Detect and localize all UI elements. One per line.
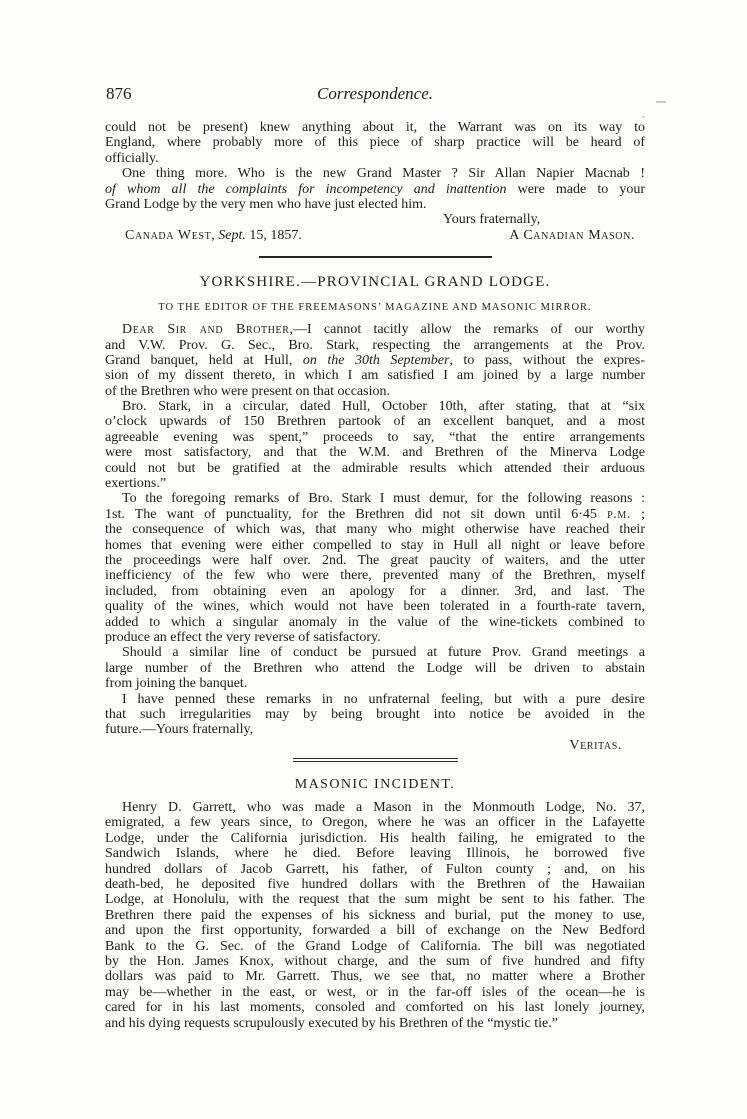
text-line: England, where probably more of this pie… bbox=[105, 135, 645, 150]
text-segment: Dear Sir and Brother bbox=[122, 322, 290, 337]
text-segment: hundred dollars of Jacob Garrett, his fa… bbox=[105, 862, 645, 877]
text-line: Dear Sir and Brother,—I cannot tacitly a… bbox=[105, 322, 645, 337]
text-line: emigrated, a few years since, to Oregon,… bbox=[105, 815, 645, 830]
text-segment: sion of my dissent thereto, in which I a… bbox=[105, 368, 645, 383]
text-line: I have penned these remarks in no unfrat… bbox=[105, 692, 645, 707]
signature: A Canadian Mason. bbox=[509, 228, 645, 243]
text-line: Lodge, under the California jurisdiction… bbox=[105, 831, 645, 846]
running-title: Correspondence. bbox=[105, 85, 645, 103]
text-line: Grand Lodge by the very men who have jus… bbox=[105, 197, 645, 212]
text-line: officially. bbox=[105, 151, 645, 166]
text-line: exertions.” bbox=[105, 476, 645, 491]
section-heading: MASONIC INCIDENT. bbox=[105, 777, 645, 793]
text-segment: Lodge, at Honolulu, with the request tha… bbox=[105, 892, 645, 907]
text-segment: Canada West bbox=[125, 228, 211, 243]
text-segment: from joining the banquet. bbox=[105, 676, 247, 691]
valediction: Yours fraternally, bbox=[105, 212, 645, 227]
text-line: included, from obtaining even an apology… bbox=[105, 584, 645, 599]
text-segment: could not but be gratified at the admira… bbox=[105, 461, 645, 476]
text-line: 1st. The want of punctuality, for the Br… bbox=[105, 507, 645, 522]
text-segment: large number of the Brethren who attend … bbox=[105, 661, 645, 676]
scan-artifact bbox=[656, 101, 666, 103]
text-line: cared for in his last moments, consoled … bbox=[105, 1000, 645, 1015]
text-line: of whom all the complaints for incompete… bbox=[105, 182, 645, 197]
text-line: Brethren there paid the expenses of his … bbox=[105, 908, 645, 923]
text-segment: were made to your bbox=[507, 182, 646, 197]
text-segment: quality of the wines, which would not ha… bbox=[105, 599, 645, 614]
text-line: by the Hon. James Knox, without charge, … bbox=[105, 954, 645, 969]
text-line: could not be present) knew anything abou… bbox=[105, 120, 645, 135]
text-line: could not but be gratified at the admira… bbox=[105, 461, 645, 476]
text-line: agreeable evening was spent,” proceeds t… bbox=[105, 430, 645, 445]
text-line: Grand banquet, held at Hull, on the 30th… bbox=[105, 353, 645, 368]
text-segment: Henry D. Garrett, who was made a Mason i… bbox=[122, 800, 645, 815]
text-segment: future.—Yours fraternally, bbox=[105, 722, 253, 737]
text-line: o’clock upwards of 150 Brethren partook … bbox=[105, 414, 645, 429]
text-segment: Sept. bbox=[218, 228, 246, 243]
text-line: the consequence of which was, that many … bbox=[105, 522, 645, 537]
text-line: added to which a singular anomaly in the… bbox=[105, 615, 645, 630]
text-segment: agreeable evening was spent,” proceeds t… bbox=[105, 430, 645, 445]
text-segment: may be—whether in the east, or west, or … bbox=[105, 985, 645, 1000]
text-segment: officially. bbox=[105, 151, 159, 166]
text-line: hundred dollars of Jacob Garrett, his fa… bbox=[105, 862, 645, 877]
text-segment: p.m. bbox=[607, 507, 631, 522]
text-segment: Bank to the G. Sec. of the Grand Lodge o… bbox=[105, 939, 645, 954]
dateline: Canada West, Sept. 15, 1857. bbox=[105, 228, 302, 243]
text-line: that such irregularities may by being br… bbox=[105, 707, 645, 722]
text-segment: Bro. Stark, in a circular, dated Hull, O… bbox=[122, 399, 645, 414]
text-line: sion of my dissent thereto, in which I a… bbox=[105, 368, 645, 383]
text-segment: emigrated, a few years since, to Oregon,… bbox=[105, 815, 645, 830]
text-segment: of whom all the complaints for incompete… bbox=[105, 182, 507, 197]
text-segment: To the foregoing remarks of Bro. Stark I… bbox=[122, 491, 645, 506]
text-line: the proceedings were half over. 2nd. The… bbox=[105, 553, 645, 568]
text-line: inefficiency of the few who were there, … bbox=[105, 568, 645, 583]
text-line: were most satisfactory, and that the W.M… bbox=[105, 445, 645, 460]
text-segment: cared for in his last moments, consoled … bbox=[105, 1000, 645, 1015]
text-segment: could not be present) knew anything abou… bbox=[105, 120, 645, 135]
article-masonic-incident: MASONIC INCIDENT. Henry D. Garrett, who … bbox=[105, 777, 645, 1031]
text-segment: and upon the first opportunity, forwarde… bbox=[105, 923, 645, 938]
text-segment: Brethren there paid the expenses of his … bbox=[105, 908, 645, 923]
text-segment: One thing more. Who is the new Grand Mas… bbox=[122, 166, 645, 181]
text-segment: homes that evening were either compelled… bbox=[105, 538, 645, 553]
text-segment: were most satisfactory, and that the W.M… bbox=[105, 445, 645, 460]
text-segment: and V.W. Prov. G. Sec., Bro. Stark, resp… bbox=[105, 338, 645, 353]
text-line: dollars was paid to Mr. Garrett. Thus, w… bbox=[105, 969, 645, 984]
text-segment: added to which a singular anomaly in the… bbox=[105, 615, 645, 630]
text-segment: ,—I cannot tacitly allow the remarks of … bbox=[290, 322, 645, 337]
text-line: One thing more. Who is the new Grand Mas… bbox=[105, 166, 645, 181]
article-body: Henry D. Garrett, who was made a Mason i… bbox=[105, 800, 645, 1031]
text-segment: Sandwich Islands, where he died. Before … bbox=[105, 846, 645, 861]
section-divider bbox=[259, 256, 492, 258]
letter-body: Dear Sir and Brother,—I cannot tacitly a… bbox=[105, 322, 645, 738]
text-segment: Grand Lodge by the very men who have jus… bbox=[105, 197, 427, 212]
text-segment: I have penned these remarks in no unfrat… bbox=[122, 692, 645, 707]
text-segment: of the Brethren who were present on that… bbox=[105, 384, 390, 399]
text-line: quality of the wines, which would not ha… bbox=[105, 599, 645, 614]
section-heading: YORKSHIRE.—PROVINCIAL GRAND LODGE. bbox=[105, 274, 645, 290]
letter-body: could not be present) knew anything abou… bbox=[105, 120, 645, 212]
text-segment: death-bed, he deposited five hundred dol… bbox=[105, 877, 645, 892]
text-line: and V.W. Prov. G. Sec., Bro. Stark, resp… bbox=[105, 338, 645, 353]
text-line: large number of the Brethren who attend … bbox=[105, 661, 645, 676]
scanned-magazine-page: 876 Correspondence. could not be present… bbox=[0, 0, 747, 1119]
text-segment: dollars was paid to Mr. Garrett. Thus, w… bbox=[105, 969, 645, 984]
text-segment: Should a similar line of conduct be purs… bbox=[122, 645, 645, 660]
signature-row: Canada West, Sept. 15, 1857. A Canadian … bbox=[105, 228, 645, 243]
text-segment: ; bbox=[631, 507, 645, 522]
text-segment: included, from obtaining even an apology… bbox=[105, 584, 645, 599]
text-segment: A Canadian Mason. bbox=[509, 228, 635, 243]
section-divider-double bbox=[293, 758, 458, 762]
text-line: Henry D. Garrett, who was made a Mason i… bbox=[105, 800, 645, 815]
letter-yorkshire: YORKSHIRE.—PROVINCIAL GRAND LODGE. TO TH… bbox=[105, 274, 645, 753]
text-line: homes that evening were either compelled… bbox=[105, 538, 645, 553]
text-line: and upon the first opportunity, forwarde… bbox=[105, 923, 645, 938]
text-segment: 15, 1857. bbox=[246, 228, 302, 243]
text-line: may be—whether in the east, or west, or … bbox=[105, 985, 645, 1000]
text-segment: inefficiency of the few who were there, … bbox=[105, 568, 645, 583]
text-line: Sandwich Islands, where he died. Before … bbox=[105, 846, 645, 861]
text-line: Lodge, at Honolulu, with the request tha… bbox=[105, 892, 645, 907]
text-segment: Veritas. bbox=[569, 738, 622, 753]
text-line: death-bed, he deposited five hundred dol… bbox=[105, 877, 645, 892]
text-segment: Lodge, under the California jurisdiction… bbox=[105, 831, 645, 846]
text-line: Bank to the G. Sec. of the Grand Lodge o… bbox=[105, 939, 645, 954]
text-segment: England, where probably more of this pie… bbox=[105, 135, 645, 150]
text-segment: 1st. The want of punctuality, for the Br… bbox=[105, 507, 607, 522]
text-segment: Grand banquet, held at Hull, bbox=[105, 353, 303, 368]
editor-address-line: TO THE EDITOR OF THE FREEMASONS’ MAGAZIN… bbox=[105, 302, 645, 314]
text-segment: on the 30th September bbox=[303, 353, 450, 368]
text-line: future.—Yours fraternally, bbox=[105, 722, 645, 737]
text-segment: , to pass, without the expres- bbox=[449, 353, 645, 368]
text-line: produce an effect the very reverse of sa… bbox=[105, 630, 645, 645]
text-column: 876 Correspondence. could not be present… bbox=[105, 85, 645, 1031]
signature: Veritas. bbox=[105, 738, 645, 753]
text-segment: that such irregularities may by being br… bbox=[105, 707, 645, 722]
text-segment: exertions.” bbox=[105, 476, 166, 491]
text-segment: o’clock upwards of 150 Brethren partook … bbox=[105, 414, 645, 429]
text-segment: the consequence of which was, that many … bbox=[105, 522, 645, 537]
text-line: Bro. Stark, in a circular, dated Hull, O… bbox=[105, 399, 645, 414]
text-line: Should a similar line of conduct be purs… bbox=[105, 645, 645, 660]
text-segment: and his dying requests scrupulously exec… bbox=[105, 1016, 558, 1031]
text-segment: the proceedings were half over. 2nd. The… bbox=[105, 553, 645, 568]
text-line: To the foregoing remarks of Bro. Stark I… bbox=[105, 491, 645, 506]
text-line: from joining the banquet. bbox=[105, 676, 645, 691]
text-line: of the Brethren who were present on that… bbox=[105, 384, 645, 399]
text-segment: by the Hon. James Knox, without charge, … bbox=[105, 954, 645, 969]
text-segment: produce an effect the very reverse of sa… bbox=[105, 630, 381, 645]
running-head: 876 Correspondence. bbox=[105, 85, 645, 103]
text-line: and his dying requests scrupulously exec… bbox=[105, 1016, 645, 1031]
letter-canada-west: could not be present) knew anything abou… bbox=[105, 120, 645, 243]
